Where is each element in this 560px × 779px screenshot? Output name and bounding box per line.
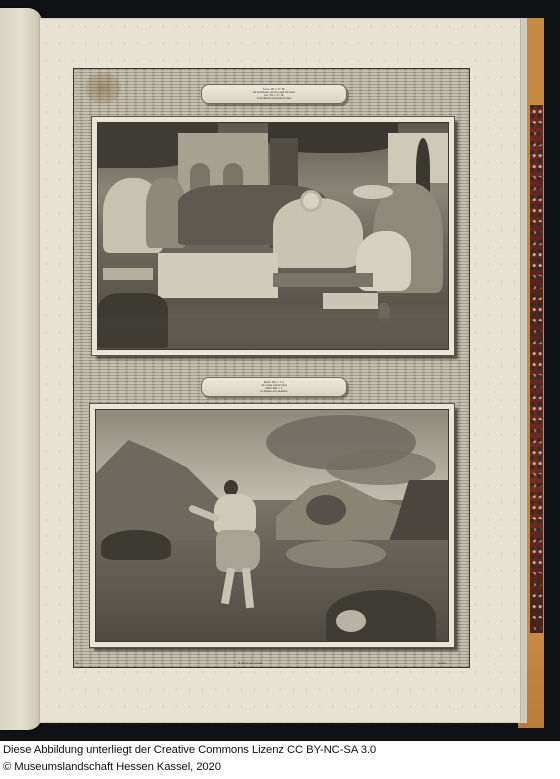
top-engraving — [92, 117, 454, 355]
book-scan: Lucas. VII. v. 37. 38. De Zondaresse, aa… — [0, 0, 560, 741]
plate-signature-left: Pl. — [76, 661, 79, 665]
top-cartouche: Lucas. VII. v. 37. 38. De Zondaresse, aa… — [201, 84, 347, 104]
bottom-engraving — [90, 404, 454, 647]
cartouche-line: La Pecheresse aux pieds de Jesus — [257, 97, 292, 100]
middle-cartouche: Matth. XIII. v. 3. 4. De Zaaijer van het… — [201, 377, 347, 397]
sower-landscape — [95, 409, 449, 642]
plate-signature-right: Sculps. — [438, 661, 447, 665]
license-text: Diese Abbildung unterliegt der Creative … — [3, 744, 376, 756]
foxing-stain — [85, 72, 121, 104]
marbled-board — [530, 105, 543, 633]
cartouche-line: Le Semeur de la Semence — [261, 390, 288, 393]
feast-scene — [97, 122, 449, 350]
copyright-text: © Museumslandschaft Hessen Kassel, 2020 — [3, 761, 221, 773]
page-fore-edge — [520, 18, 527, 723]
image-credit: Diese Abbildung unterliegt der Creative … — [0, 741, 560, 779]
left-page-edge — [0, 8, 42, 730]
plate-signature-center: B. Picart del. direxit. — [238, 661, 263, 665]
